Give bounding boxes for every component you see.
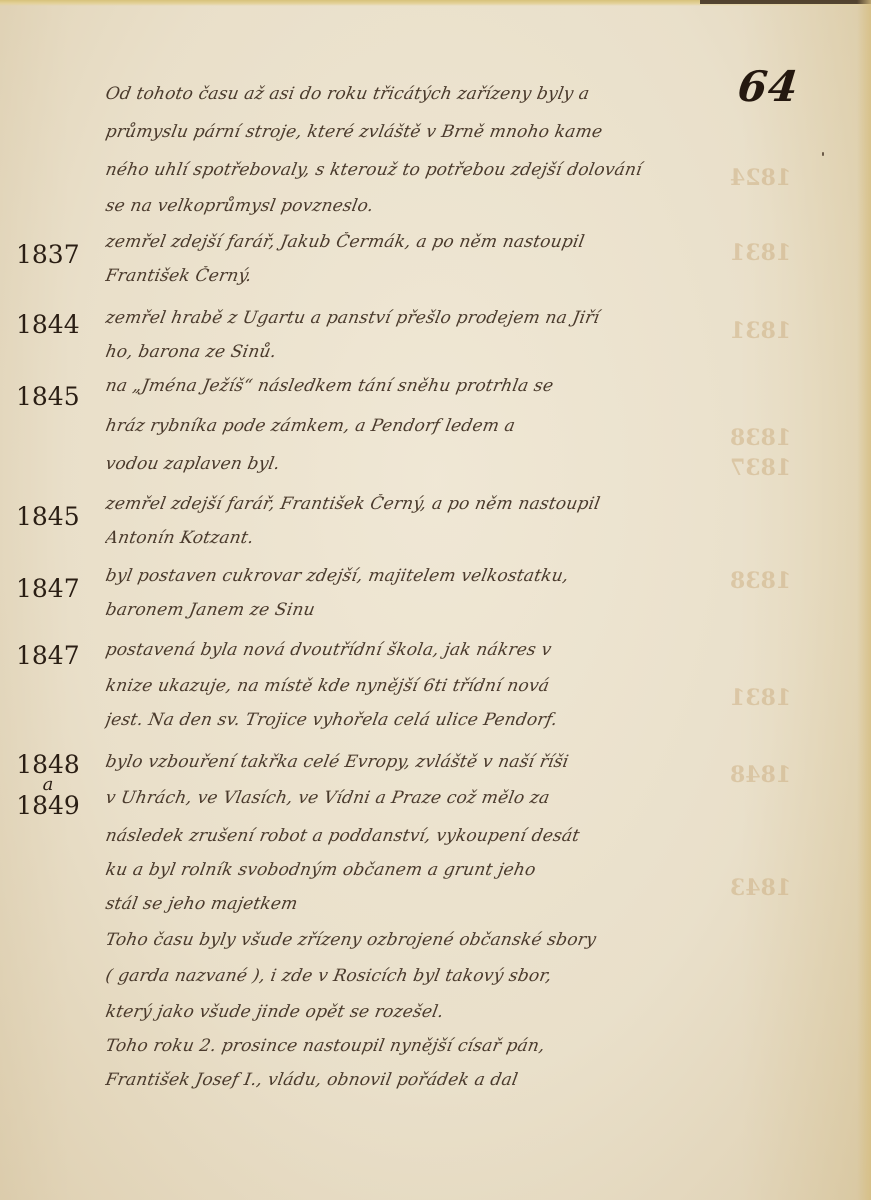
- text-line: byl postaven cukrovar zdejší, majitelem …: [104, 566, 698, 586]
- text-line: baronem Janem ze Sinu: [104, 600, 698, 620]
- year-label: 1837: [16, 242, 80, 267]
- text-line: František Černý.: [104, 266, 698, 286]
- text-line: knize ukazuje, na místě kde nynější 6ti …: [104, 676, 698, 696]
- text-line: zemřel zdejší farář, František Černý, a …: [104, 494, 698, 514]
- text-line: v Uhrách, ve Vlasích, ve Vídni a Praze c…: [104, 788, 698, 808]
- text-line: následek zrušení robot a poddanství, vyk…: [104, 826, 698, 846]
- text-line: zemřel hrabě z Ugartu a panství přešlo p…: [104, 308, 698, 328]
- year-label: 1845: [16, 384, 80, 409]
- year-range-label: 1848 a 1849: [16, 752, 80, 818]
- text-line: ( garda nazvané ), i zde v Rosicích byl …: [104, 966, 698, 986]
- text-line: ho, barona ze Sinů.: [104, 342, 698, 362]
- bleed-through-number: 1831: [730, 318, 791, 344]
- text-line: na „Jména Ježíš“ následkem tání sněhu pr…: [104, 376, 698, 396]
- text-line: Od tohoto času až asi do roku třicátých …: [104, 84, 698, 104]
- text-line: František Josef I., vládu, obnovil pořád…: [104, 1070, 698, 1090]
- text-line: stál se jeho majetkem: [104, 894, 698, 914]
- year-label: 1844: [16, 312, 80, 337]
- bleed-through-number: 1831: [730, 240, 791, 266]
- text-line: hráz rybníka pode zámkem, a Pendorf lede…: [104, 416, 698, 436]
- text-line: se na velkoprůmysl povzneslo.: [104, 196, 698, 216]
- manuscript-page: 64 1824 1831 1831 1838 1837 1838 1831 18…: [0, 0, 871, 1200]
- text-line: Toho času byly všude zřízeny ozbrojené o…: [104, 930, 698, 950]
- year-label: 1847: [16, 576, 80, 601]
- text-line: ného uhlí spotřebovaly, s kterouž to pot…: [104, 160, 698, 180]
- binding-shadow: [700, 0, 871, 4]
- text-line: ku a byl rolník svobodným občanem a grun…: [104, 860, 698, 880]
- text-line: jest. Na den sv. Trojice vyhořela celá u…: [104, 710, 698, 730]
- bleed-through-number: 1824: [730, 165, 791, 191]
- paper-speck: [822, 152, 824, 156]
- bleed-through-number: 1843: [730, 875, 791, 901]
- bleed-through-number: 1838: [730, 568, 791, 594]
- text-line: zemřel zdejší farář, Jakub Čermák, a po …: [104, 232, 698, 252]
- page-number: 64: [735, 62, 801, 111]
- bleed-through-number: 1831: [730, 685, 791, 711]
- year-to: 1849: [16, 791, 80, 820]
- text-line: Antonín Kotzant.: [104, 528, 698, 548]
- bleed-through-number: 1838: [730, 425, 791, 451]
- text-line: bylo vzbouření takřka celé Evropy, zvláš…: [104, 752, 698, 772]
- text-line: postavená byla nová dvoutřídní škola, ja…: [104, 640, 698, 660]
- year-label: 1847: [16, 643, 80, 668]
- text-line: Toho roku 2. prosince nastoupil nynější …: [104, 1036, 698, 1056]
- bleed-through-number: 1848: [730, 762, 791, 788]
- bleed-through-number: 1837: [730, 455, 791, 481]
- text-line: vodou zaplaven byl.: [104, 454, 698, 474]
- year-label: 1845: [16, 504, 80, 529]
- text-line: který jako všude jinde opět se rozešel.: [104, 1002, 698, 1022]
- page-right-edge: [857, 0, 871, 1200]
- text-line: průmyslu pární stroje, které zvláště v B…: [104, 122, 698, 142]
